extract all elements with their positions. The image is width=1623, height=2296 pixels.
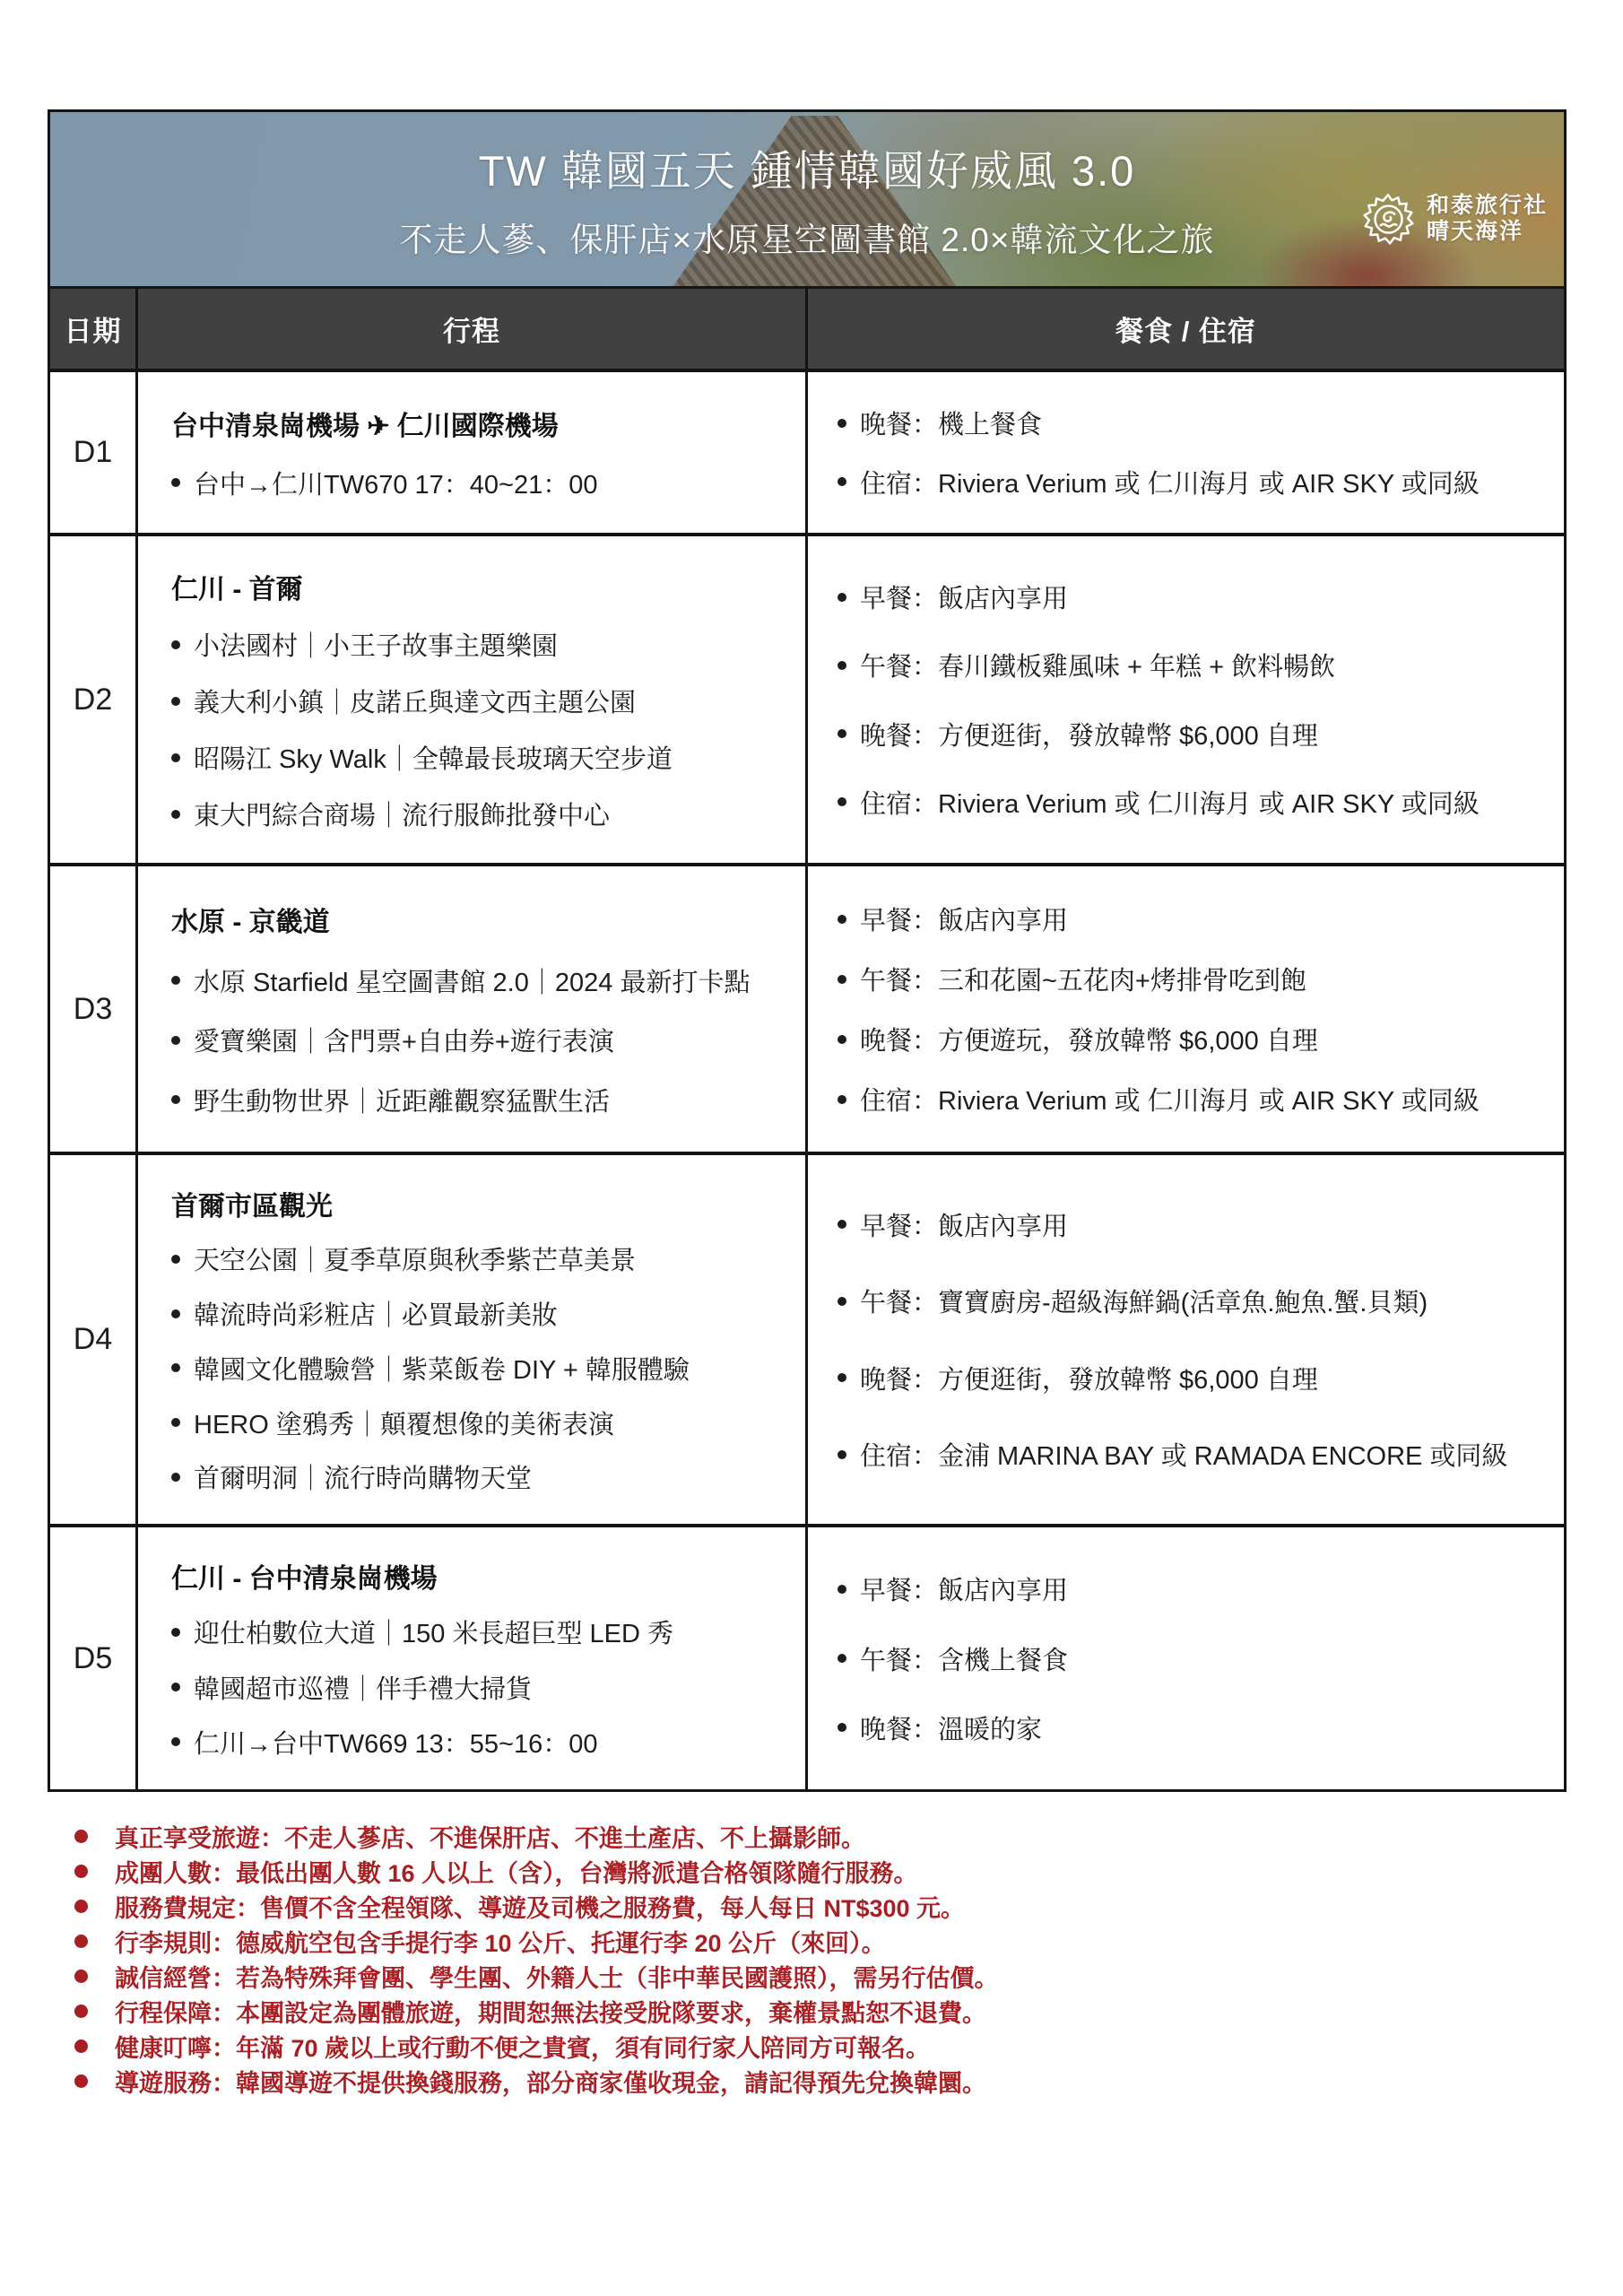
meal-item: 晚餐：機上餐食 [838, 404, 1555, 441]
bullet-icon [171, 1418, 180, 1427]
column-header-date: 日期 [50, 289, 135, 369]
bullet-icon [171, 1309, 180, 1318]
meal-item: 住宿：Riviera Verium 或 仁川海月 或 AIR SKY 或同級 [838, 1081, 1555, 1118]
meals-cell: 早餐：飯店內享用午餐：寶寶廚房-超級海鮮鍋(活章魚.鮑魚.蟹.貝類)晚餐：方便逛… [805, 1155, 1564, 1524]
bullet-icon [838, 1220, 846, 1229]
bullet-icon [171, 1363, 180, 1372]
bullet-icon [171, 640, 180, 649]
meal-item-text: 早餐：飯店內享用 [860, 900, 1068, 937]
itinerary-item: 韓國超市巡禮｜伴手禮大掃貨 [171, 1669, 796, 1706]
note-line: 成團人數：最低出團人數 16 人以上（含），台灣將派遣合格領隊隨行服務。 [70, 1854, 1558, 1889]
table-row: D3水原 - 京畿道水原 Starfield 星空圖書館 2.0｜2024 最新… [50, 866, 1564, 1155]
meal-item: 早餐：飯店內享用 [838, 900, 1555, 937]
bullet-icon [838, 477, 846, 486]
itinerary-item: 昭陽江 Sky Walk｜全韓最長玻璃天空步道 [171, 739, 796, 776]
meal-item-text: 午餐：春川鐵板雞風味 + 年糕 + 飲料暢飲 [860, 647, 1335, 683]
meal-item-text: 早餐：飯店內享用 [860, 1206, 1068, 1243]
meal-item: 住宿：Riviera Verium 或 仁川海月 或 AIR SKY 或同級 [838, 784, 1555, 821]
note-text: 行李規則：德威航空包含手提行李 10 公斤、托運行李 20 公斤（來回）。 [115, 1924, 886, 1959]
bullet-icon [838, 1035, 846, 1044]
itinerary-item: 野生動物世界｜近距離觀察猛獸生活 [171, 1082, 796, 1118]
meal-item: 住宿：Riviera Verium 或 仁川海月 或 AIR SKY 或同級 [838, 464, 1555, 500]
note-bullet-icon [74, 1865, 88, 1878]
itinerary-item: 愛寶樂園｜含門票+自由券+遊行表演 [171, 1022, 796, 1058]
itinerary-item: 義大利小鎮｜皮諾丘與達文西主題公園 [171, 683, 796, 719]
bullet-icon [838, 419, 846, 428]
itinerary-item-text: 韓流時尚彩粧店｜必買最新美妝 [194, 1295, 558, 1332]
bullet-icon [838, 1373, 846, 1382]
bullet-icon [838, 1654, 846, 1663]
meals-cell: 早餐：飯店內享用午餐：三和花園~五花肉+烤排骨吃到飽晚餐：方便遊玩，發放韓幣 $… [805, 866, 1564, 1152]
meal-item-text: 早餐：飯店內享用 [860, 1570, 1068, 1607]
bullet-icon [838, 1585, 846, 1594]
bullet-icon [838, 797, 846, 806]
column-header-itinerary: 行程 [135, 289, 805, 369]
day-cell: D4 [50, 1155, 135, 1524]
table-row: D2仁川 - 首爾小法國村｜小王子故事主題樂園義大利小鎮｜皮諾丘與達文西主題公園… [50, 536, 1564, 866]
itinerary-item: 首爾明洞｜流行時尚購物天堂 [171, 1458, 796, 1495]
agency-name: 和泰旅行社 晴天海洋 [1427, 193, 1548, 246]
itinerary-item: 韓流時尚彩粧店｜必買最新美妝 [171, 1295, 796, 1332]
meal-item: 午餐：三和花園~五花肉+烤排骨吃到飽 [838, 961, 1555, 997]
table-row: D4首爾市區觀光天空公園｜夏季草原與秋季紫芒草美景韓流時尚彩粧店｜必買最新美妝韓… [50, 1155, 1564, 1527]
bullet-icon [838, 1297, 846, 1306]
note-text: 導遊服務：韓國導遊不提供換錢服務，部分商家僅收現金，請記得預先兌換韓圜。 [115, 2064, 986, 2099]
itinerary-item: 水原 Starfield 星空圖書館 2.0｜2024 最新打卡點 [171, 962, 796, 999]
itinerary-title: 仁川 - 台中清泉崗機場 [171, 1556, 796, 1596]
table-body: D1台中清泉崗機場 ✈ 仁川國際機場台中→仁川TW670 17：40~21：00… [50, 372, 1564, 1789]
meal-item: 晚餐：方便逛街，發放韓幣 $6,000 自理 [838, 716, 1555, 752]
meal-item-text: 早餐：飯店內享用 [860, 578, 1068, 615]
note-bullet-icon [74, 2039, 88, 2053]
meal-item-text: 住宿：金浦 MARINA BAY 或 RAMADA ENCORE 或同級 [860, 1436, 1507, 1473]
table-row: D5仁川 - 台中清泉崗機場迎仕柏數位大道｜150 米長超巨型 LED 秀韓國超… [50, 1527, 1564, 1789]
meal-item-text: 住宿：Riviera Verium 或 仁川海月 或 AIR SKY 或同級 [860, 1081, 1480, 1118]
itinerary-item-text: 昭陽江 Sky Walk｜全韓最長玻璃天空步道 [194, 739, 673, 776]
meal-item: 早餐：飯店內享用 [838, 1570, 1555, 1607]
itinerary-title: 仁川 - 首爾 [171, 567, 796, 606]
document-frame: TW 韓國五天 鍾情韓國好威風 3.0 不走人蔘、保肝店×水原星空圖書館 2.0… [48, 109, 1567, 1792]
itinerary-item-text: 天空公園｜夏季草原與秋季紫芒草美景 [194, 1240, 636, 1277]
itinerary-item-text: 水原 Starfield 星空圖書館 2.0｜2024 最新打卡點 [194, 962, 750, 999]
bullet-icon [171, 1473, 180, 1482]
bullet-icon [171, 478, 180, 487]
meals-cell: 早餐：飯店內享用午餐：含機上餐食晚餐：溫暖的家 [805, 1527, 1564, 1789]
meal-item-text: 晚餐：溫暖的家 [860, 1709, 1042, 1746]
meal-item: 晚餐：溫暖的家 [838, 1709, 1555, 1746]
page-title: TW 韓國五天 鍾情韓國好威風 3.0 [479, 138, 1136, 198]
note-text: 誠信經營：若為特殊拜會團、學生團、外籍人士（非中華民國護照），需另行估價。 [115, 1959, 999, 1994]
itinerary-cell: 台中清泉崗機場 ✈ 仁川國際機場台中→仁川TW670 17：40~21：00 [135, 372, 805, 533]
meal-item-text: 晚餐：機上餐食 [860, 404, 1042, 441]
itinerary-item-text: 韓國超市巡禮｜伴手禮大掃貨 [194, 1669, 532, 1706]
day-cell: D5 [50, 1527, 135, 1789]
bullet-icon [171, 697, 180, 706]
hero-banner: TW 韓國五天 鍾情韓國好威風 3.0 不走人蔘、保肝店×水原星空圖書館 2.0… [50, 112, 1564, 286]
bullet-icon [838, 1450, 846, 1459]
itinerary-item-text: 義大利小鎮｜皮諾丘與達文西主題公園 [194, 683, 636, 719]
itinerary-item-text: 韓國文化體驗營｜紫菜飯卷 DIY + 韓服體驗 [194, 1350, 690, 1387]
note-text: 行程保障：本團設定為團體旅遊，期間恕無法接受脫隊要求，棄權景點恕不退費。 [115, 1994, 986, 2029]
meal-item: 午餐：寶寶廚房-超級海鮮鍋(活章魚.鮑魚.蟹.貝類) [838, 1283, 1555, 1319]
itinerary-cell: 水原 - 京畿道水原 Starfield 星空圖書館 2.0｜2024 最新打卡… [135, 866, 805, 1152]
itinerary-item: 韓國文化體驗營｜紫菜飯卷 DIY + 韓服體驗 [171, 1350, 796, 1387]
note-text: 健康叮嚀：年滿 70 歲以上或行動不便之貴賓，須有同行家人陪同方可報名。 [115, 2029, 930, 2064]
note-line: 誠信經營：若為特殊拜會團、學生團、外籍人士（非中華民國護照），需另行估價。 [70, 1959, 1558, 1994]
note-line: 真正享受旅遊：不走人蔘店、不進保肝店、不進土產店、不上攝影師。 [70, 1819, 1558, 1854]
agency-name-line2: 晴天海洋 [1427, 219, 1548, 246]
meal-item-text: 午餐：寶寶廚房-超級海鮮鍋(活章魚.鮑魚.蟹.貝類) [860, 1283, 1428, 1319]
meal-item-text: 晚餐：方便遊玩，發放韓幣 $6,000 自理 [860, 1021, 1318, 1057]
note-text: 真正享受旅遊：不走人蔘店、不進保肝店、不進土產店、不上攝影師。 [115, 1819, 865, 1854]
meals-cell: 晚餐：機上餐食住宿：Riviera Verium 或 仁川海月 或 AIR SK… [805, 372, 1564, 533]
agency-logo: 和泰旅行社 晴天海洋 [1358, 189, 1548, 248]
note-bullet-icon [74, 1900, 88, 1913]
note-line: 健康叮嚀：年滿 70 歲以上或行動不便之貴賓，須有同行家人陪同方可報名。 [70, 2029, 1558, 2064]
table-row: D1台中清泉崗機場 ✈ 仁川國際機場台中→仁川TW670 17：40~21：00… [50, 372, 1564, 536]
bullet-icon [171, 976, 180, 985]
meal-item: 早餐：飯店內享用 [838, 578, 1555, 615]
itinerary-title: 首爾市區觀光 [171, 1184, 796, 1223]
meals-cell: 早餐：飯店內享用午餐：春川鐵板雞風味 + 年糕 + 飲料暢飲晚餐：方便逛街，發放… [805, 536, 1564, 863]
bullet-icon [171, 1628, 180, 1637]
meal-item-text: 住宿：Riviera Verium 或 仁川海月 或 AIR SKY 或同級 [860, 784, 1480, 821]
sun-wave-icon [1358, 189, 1418, 248]
bullet-icon [171, 753, 180, 762]
day-cell: D3 [50, 866, 135, 1152]
itinerary-item-text: 野生動物世界｜近距離觀察猛獸生活 [194, 1082, 610, 1118]
meal-item-text: 午餐：三和花園~五花肉+烤排骨吃到飽 [860, 961, 1306, 997]
note-text: 成團人數：最低出團人數 16 人以上（含），台灣將派遣合格領隊隨行服務。 [115, 1854, 918, 1889]
bullet-icon [838, 1095, 846, 1104]
table-header-row: 日期 行程 餐食 / 住宿 [50, 286, 1564, 372]
bullet-icon [838, 661, 846, 670]
bullet-icon [838, 1723, 846, 1732]
itinerary-cell: 仁川 - 首爾小法國村｜小王子故事主題樂園義大利小鎮｜皮諾丘與達文西主題公園昭陽… [135, 536, 805, 863]
note-bullet-icon [74, 2005, 88, 2018]
meal-item-text: 晚餐：方便逛街，發放韓幣 $6,000 自理 [860, 716, 1318, 752]
itinerary-item-text: 仁川→台中TW669 13：55~16：00 [194, 1724, 598, 1761]
column-header-meals: 餐食 / 住宿 [805, 289, 1564, 369]
itinerary-item: 仁川→台中TW669 13：55~16：00 [171, 1724, 796, 1761]
bullet-icon [171, 1255, 180, 1264]
agency-name-line1: 和泰旅行社 [1427, 193, 1548, 220]
note-bullet-icon [74, 2074, 88, 2088]
note-text: 服務費規定：售價不含全程領隊、導遊及司機之服務費，每人每日 NT$300 元。 [115, 1889, 965, 1924]
itinerary-item: 台中→仁川TW670 17：40~21：00 [171, 465, 796, 501]
meal-item: 晚餐：方便逛街，發放韓幣 $6,000 自理 [838, 1360, 1555, 1396]
note-bullet-icon [74, 1830, 88, 1843]
itinerary-item: 迎仕柏數位大道｜150 米長超巨型 LED 秀 [171, 1613, 796, 1650]
bullet-icon [838, 915, 846, 924]
itinerary-item-text: 愛寶樂園｜含門票+自由券+遊行表演 [194, 1022, 614, 1058]
itinerary-title: 水原 - 京畿道 [171, 900, 796, 939]
meal-item-text: 午餐：含機上餐食 [860, 1640, 1068, 1677]
itinerary-cell: 仁川 - 台中清泉崗機場迎仕柏數位大道｜150 米長超巨型 LED 秀韓國超市巡… [135, 1527, 805, 1789]
note-line: 服務費規定：售價不含全程領隊、導遊及司機之服務費，每人每日 NT$300 元。 [70, 1889, 1558, 1924]
meal-item: 午餐：含機上餐食 [838, 1640, 1555, 1677]
bullet-icon [838, 729, 846, 738]
itinerary-item: HERO 塗鴉秀｜顛覆想像的美術表演 [171, 1405, 796, 1441]
day-cell: D1 [50, 372, 135, 533]
bullet-icon [171, 1036, 180, 1045]
itinerary-cell: 首爾市區觀光天空公園｜夏季草原與秋季紫芒草美景韓流時尚彩粧店｜必買最新美妝韓國文… [135, 1155, 805, 1524]
note-bullet-icon [74, 1970, 88, 1983]
notes-section: 真正享受旅遊：不走人蔘店、不進保肝店、不進土產店、不上攝影師。成團人數：最低出團… [70, 1819, 1558, 2099]
itinerary-item-text: 首爾明洞｜流行時尚購物天堂 [194, 1458, 532, 1495]
bullet-icon [838, 593, 846, 602]
bullet-icon [171, 1683, 180, 1692]
note-line: 導遊服務：韓國導遊不提供換錢服務，部分商家僅收現金，請記得預先兌換韓圜。 [70, 2064, 1558, 2099]
note-line: 行李規則：德威航空包含手提行李 10 公斤、托運行李 20 公斤（來回）。 [70, 1924, 1558, 1959]
itinerary-item-text: HERO 塗鴉秀｜顛覆想像的美術表演 [194, 1405, 614, 1441]
itinerary-item: 小法國村｜小王子故事主題樂園 [171, 626, 796, 663]
itinerary-item: 天空公園｜夏季草原與秋季紫芒草美景 [171, 1240, 796, 1277]
bullet-icon [171, 1737, 180, 1746]
page-subtitle: 不走人蔘、保肝店×水原星空圖書館 2.0×韓流文化之旅 [400, 213, 1215, 261]
itinerary-item: 東大門綜合商場｜流行服飾批發中心 [171, 796, 796, 832]
bullet-icon [838, 975, 846, 984]
bullet-icon [171, 1095, 180, 1104]
day-cell: D2 [50, 536, 135, 863]
itinerary-title: 台中清泉崗機場 ✈ 仁川國際機場 [171, 404, 796, 443]
bullet-icon [171, 810, 180, 819]
itinerary-item-text: 迎仕柏數位大道｜150 米長超巨型 LED 秀 [194, 1613, 673, 1650]
meal-item: 晚餐：方便遊玩，發放韓幣 $6,000 自理 [838, 1021, 1555, 1057]
meal-item: 早餐：飯店內享用 [838, 1206, 1555, 1243]
meal-item: 住宿：金浦 MARINA BAY 或 RAMADA ENCORE 或同級 [838, 1436, 1555, 1473]
meal-item-text: 住宿：Riviera Verium 或 仁川海月 或 AIR SKY 或同級 [860, 464, 1480, 500]
itinerary-item-text: 台中→仁川TW670 17：40~21：00 [194, 465, 598, 501]
itinerary-item-text: 東大門綜合商場｜流行服飾批發中心 [194, 796, 610, 832]
meal-item: 午餐：春川鐵板雞風味 + 年糕 + 飲料暢飲 [838, 647, 1555, 683]
note-bullet-icon [74, 1935, 88, 1948]
itinerary-item-text: 小法國村｜小王子故事主題樂園 [194, 626, 558, 663]
itinerary-document: { "header": { "title": "TW 韓國五天 鍾情韓國好威風 … [0, 0, 1623, 2296]
meal-item-text: 晚餐：方便逛街，發放韓幣 $6,000 自理 [860, 1360, 1318, 1396]
note-line: 行程保障：本團設定為團體旅遊，期間恕無法接受脫隊要求，棄權景點恕不退費。 [70, 1994, 1558, 2029]
hero-text-block: TW 韓國五天 鍾情韓國好威風 3.0 不走人蔘、保肝店×水原星空圖書館 2.0… [50, 112, 1564, 286]
